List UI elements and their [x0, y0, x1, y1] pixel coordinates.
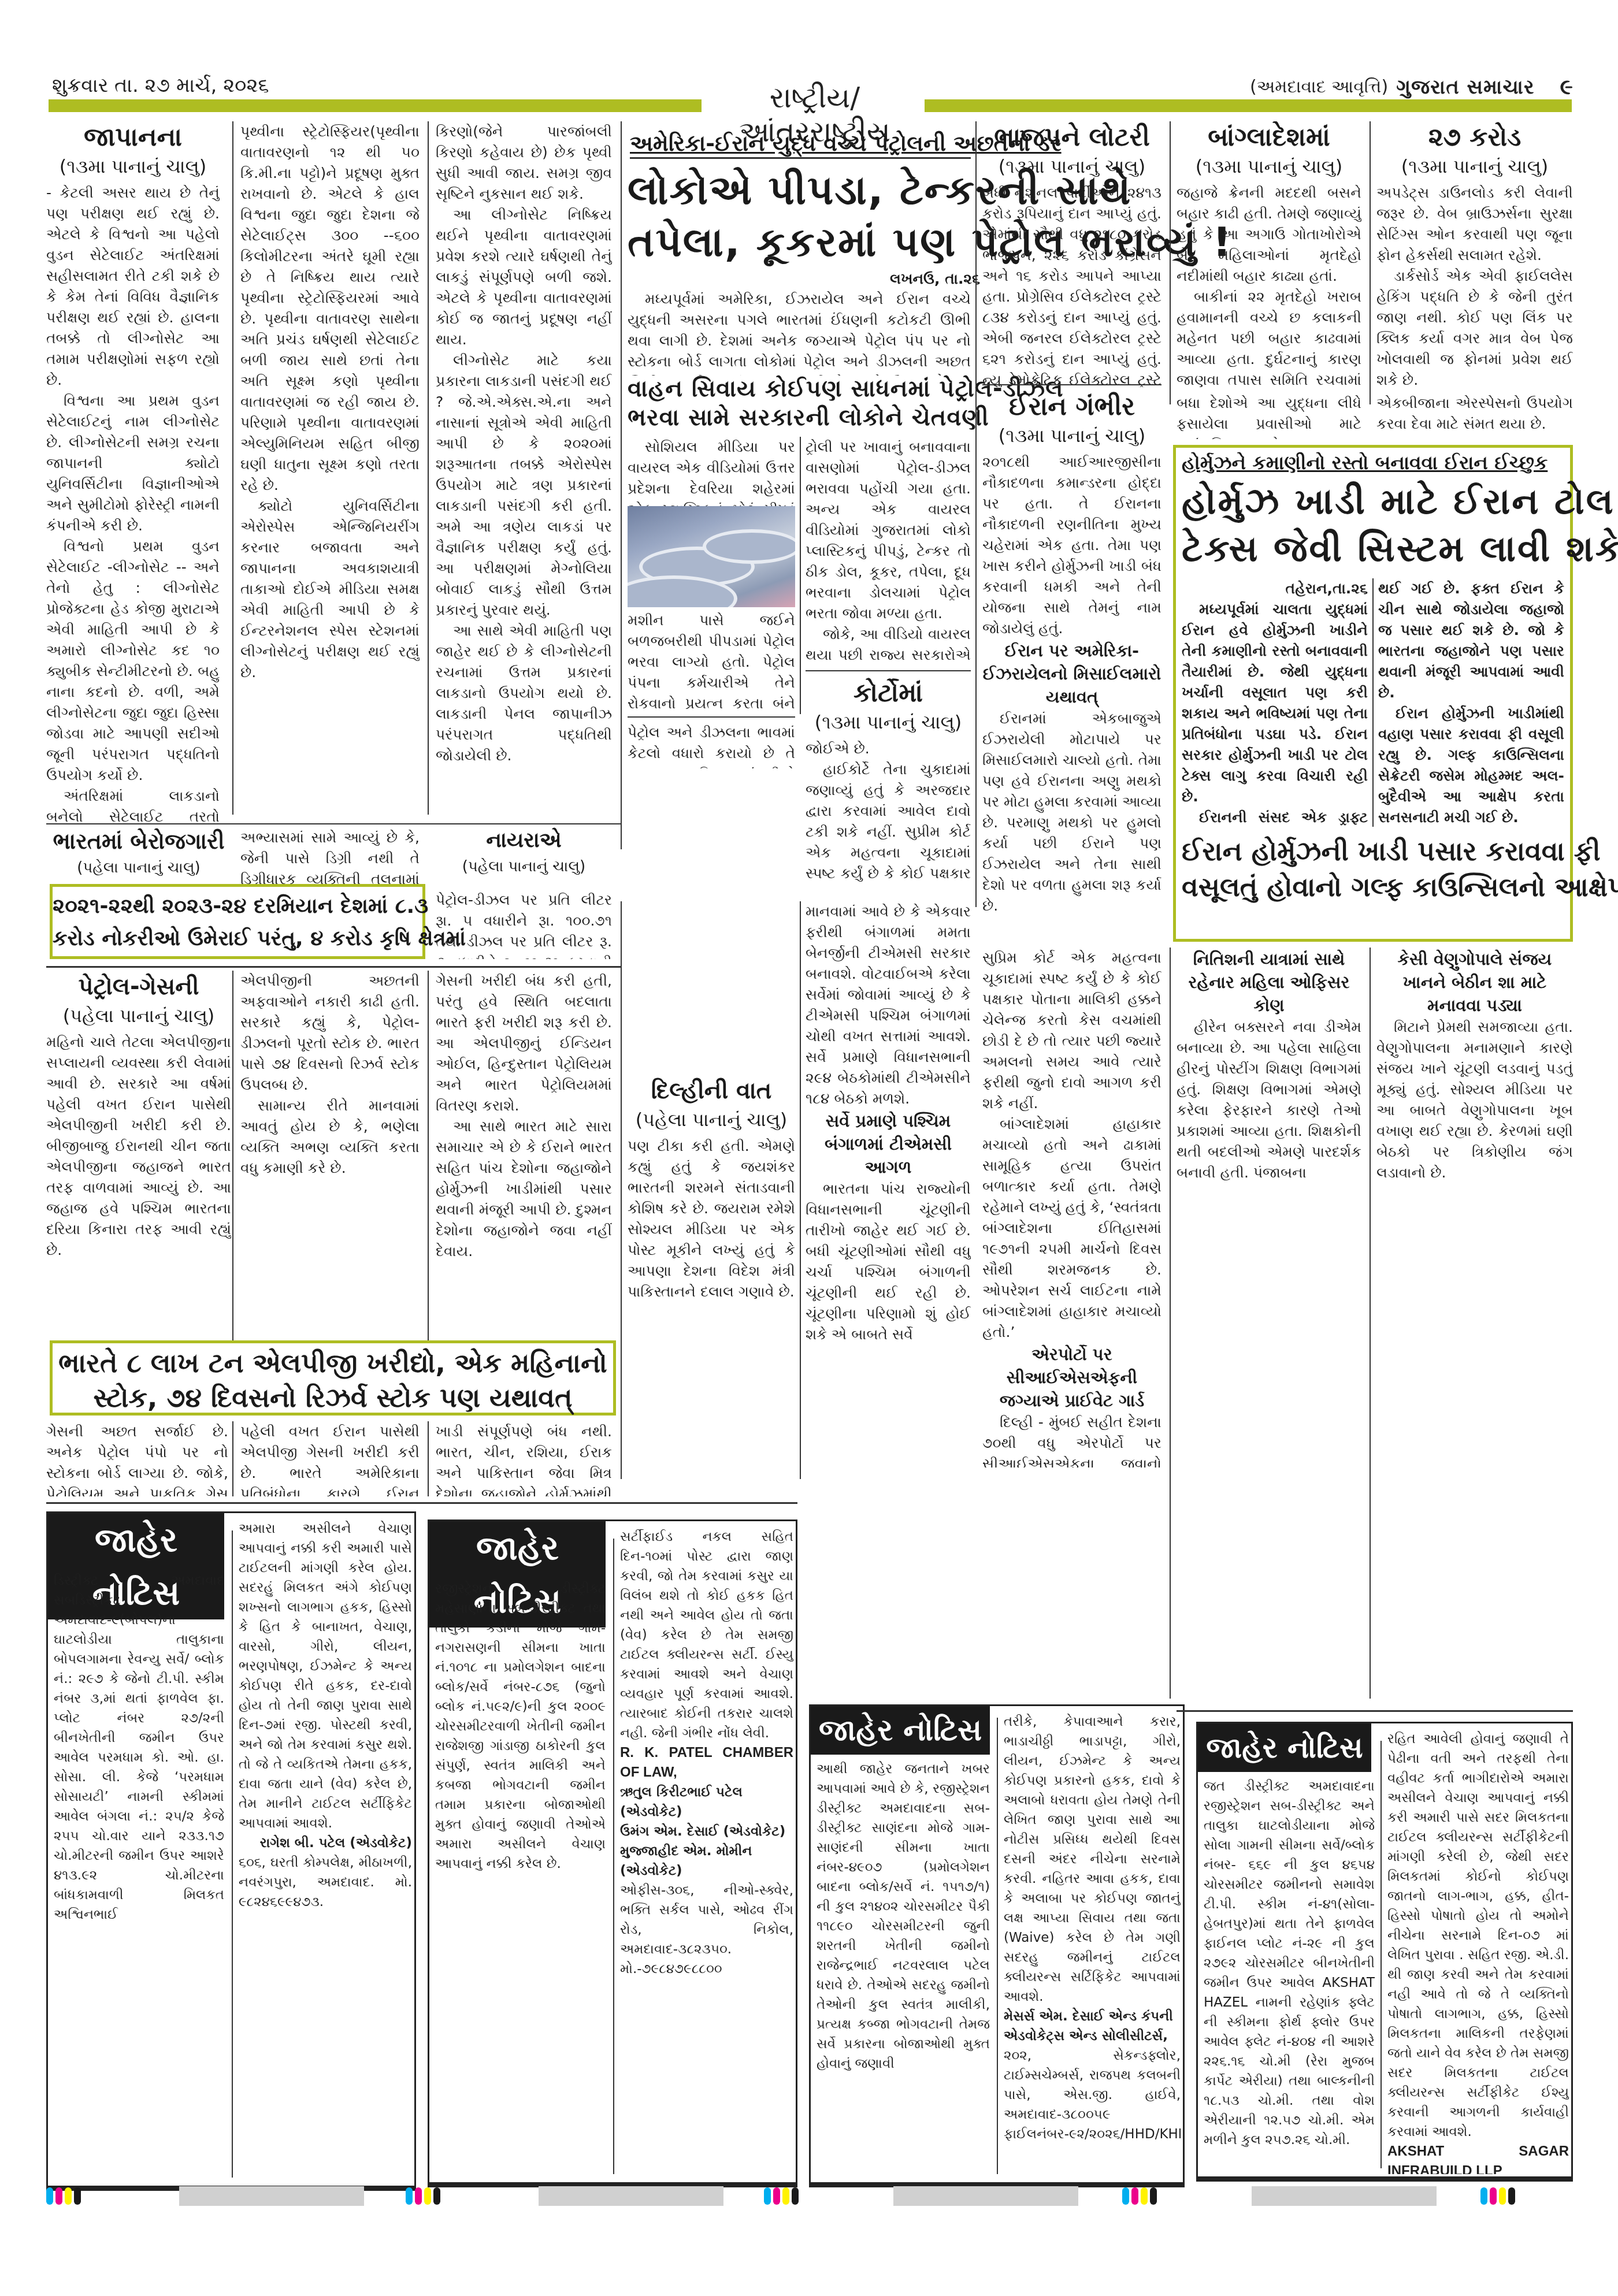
article-title: ભાજપને લોટરી [982, 121, 1161, 154]
notice-signature: ઉમંગ એમ. દેસાઈ (એડવોકેટ) [620, 1822, 793, 1841]
column-divider [232, 971, 233, 1340]
article-subhead: એરપોર્ટો પર સીઆઈએસએફની જગ્યાએ પ્રાઈવેટ ગ… [982, 1343, 1161, 1412]
hormuz-headline-2: ટેક્સ જેવી સિસ્ટમ લાવી શકે [1182, 525, 1618, 573]
notice-title: જાહેર નોટિસ [811, 1706, 990, 1755]
gray-bar [1252, 2186, 1437, 2206]
public-notice-1: જાહેર નોટિસ ડિસ્ટ્રીક્ટ અમદાવાદ સબડિસ્ટ્… [46, 1511, 416, 2187]
magenta-mark [1131, 2187, 1138, 2205]
jobs-headline-2: કરોડ નોકરીઓ ઉમેરાઈ પરંતુ, ૪ કરોડ કૃષિ ક્… [53, 923, 422, 955]
lead-subhead-2: ભરવા સામે સરકારની લોકોને ચેતવણી [628, 404, 989, 431]
petrol-gas-cont: એલપીજીની અછતની અફવાઓને નકારી કાઢી હતી. સ… [240, 971, 420, 1340]
article-paragraph: એકબીજાના એરસ્પેસનો ઉપયોગ કરવા દેવા માટે … [1376, 393, 1573, 434]
notice-signature: મુજ્જાહીદ એમ. મોમીન (એડવોકેટ) [620, 1841, 793, 1881]
lead-col-a2: મશીન પાસે જઈને બળજબરીથી પીપડામાં પેટ્રોલ… [628, 610, 795, 714]
article-paragraph: પૃથ્વીના સ્ટ્રેટોસ્ફિયર(પૃથ્વીના વાતાવરણ… [240, 121, 420, 496]
magenta-mark [55, 2187, 62, 2205]
section-divider [46, 823, 621, 824]
black-mark [792, 2187, 799, 2205]
notice-firm: AKSHAT SAGAR INFRABUILD LLP [1387, 2142, 1569, 2174]
article-petrol-gas: પેટ્રોલ-ગેસની (પહેલા પાનાનું ચાલુ) મહિનો… [46, 971, 231, 1340]
notice-paragraph: આથી જાહેર જનતાને ખબર આપવામાં આવે છે કે, … [817, 1759, 990, 2074]
continued-label: (૧૩મા પાનાનું ચાલુ) [982, 423, 1161, 448]
continued-label: (પહેલા પાનાનું ચાલુ) [46, 1003, 231, 1028]
jobs-headline-box: ૨૦૨૧-૨૨થી ૨૦૨૩-૨૪ દરમિયાન દેશમાં ૮.૩ કરો… [50, 884, 425, 959]
article-paragraph: ઈરાન હોર્મુઝની ખાડીમાંથી વહાણ પસાર કરાવવ… [1378, 703, 1564, 827]
lpg-after-2: પહેલી વખત ઈરાન પાસેથી એલપીજી ગેસની ખરીદી… [240, 1421, 420, 1496]
article-paragraph: વિશ્વના આ પ્રથમ વુડન સેટેલાઈટનું નામ લીગ… [46, 391, 220, 536]
article-title: કોર્ટોમાં [806, 677, 971, 709]
delhi-col5: કેસી વેણુગોપાલે સંજય ખાનને બેઠીન શા માટે… [1376, 948, 1573, 1699]
article-paragraph: એલપીજીની અછતની અફવાઓને નકારી કાઢી હતી. સ… [240, 971, 420, 1095]
article-paragraph: ઈરાનની સંસદ એક ડ્રાફ્ટ બિલ તૈયાર કરી રહી… [1182, 807, 1368, 827]
black-mark [433, 2187, 440, 2205]
delhi-col2: માનવામાં આવે છે કે એકવાર ફરીથી બંગાળમાં … [806, 901, 971, 1398]
notice-paragraph: તરીકે, કેપાવાઆને કરાર, ભાડાચીઠ્ઠી ભાડાપટ… [1004, 1712, 1181, 2007]
article-paragraph: આ સાથે ભારત માટે સારા સમાચાર એ છે કે ઈરા… [436, 1116, 612, 1262]
masthead: શુક્રવાર તા. ૨૭ માર્ચ, ૨૦૨૬ રાષ્ટ્રીય/આં… [46, 0, 1573, 116]
section-divider [806, 670, 971, 671]
photo-bowl [703, 529, 795, 564]
article-paragraph: જોઈએ છે. [806, 738, 971, 759]
column-divider [621, 121, 622, 849]
article-paragraph: હીરેન બક્સરને નવા ડીએમ બનાવ્યા છે. આ પહે… [1177, 1017, 1361, 1183]
article-paragraph: પેટ્રોલ અને ડીઝલના ભાવમાં કેટલો વધારો કર… [628, 722, 795, 768]
hormuz-headline2-1: ઈરાન હોર્મુઝની ખાડી પસાર કરાવવા ફી [1182, 834, 1601, 868]
delhi-col4: નિતિશની યાત્રામાં સાથે રહેનાર મહિલા ઓફિસ… [1177, 948, 1361, 1699]
lead-dateline: લખનઉ, તા.૨૬ [890, 270, 980, 288]
news-photo-petrol-vessels [628, 506, 795, 607]
notice-body: જત ડીસ્ટ્રીક્ટ અમદાવાદના રજીસ્ટ્રેશન સબ-… [1204, 1777, 1375, 2175]
article-japan-cont: પૃથ્વીના સ્ટ્રેટોસ્ફિયર(પૃથ્વીના વાતાવરણ… [240, 121, 420, 815]
article-paragraph: પહેલી વખત ઈરાન પાસેથી એલપીજી ગેસની ખરીદી… [240, 1421, 420, 1496]
column-divider [428, 121, 429, 815]
continued-label: (૧૩મા પાનાનું ચાલુ) [1376, 154, 1573, 179]
nayara-body: પેટ્રોલ-ડીઝલ પર પ્રતિ લીટર રૂા. ૫ વધારીન… [436, 890, 612, 959]
column-divider [1372, 578, 1374, 827]
section-bar-left [49, 99, 702, 112]
column-divider [800, 437, 801, 714]
article-paragraph: માનવામાં આવે છે કે એકવાર ફરીથી બંગાળમાં … [806, 901, 971, 1109]
article-paragraph: સોશિયલ મીડિયા પર વાયરલ એક વીડિયોમાં ઉત્ત… [628, 437, 795, 506]
column-divider [613, 1539, 614, 2174]
notice-body-2: રહિત આવેલી હોવાનું જણાવી તે પેઢીના વતી અ… [1387, 1729, 1569, 2174]
lead-col-a: સોશિયલ મીડિયા પર વાયરલ એક વીડિયોમાં ઉત્ત… [628, 437, 795, 506]
article-subhead: કેસી વેણુગોપાલે સંજય ખાનને બેઠીન શા માટે… [1376, 948, 1573, 1017]
lpg-after-3: ખાડી સંપૂર્ણપણે બંધ નથી. ભારત, ચીન, રશિય… [436, 1421, 612, 1496]
article-paragraph: સામાન્ય રીતે માનવામાં આવતું હોય છે કે, ભ… [240, 1095, 420, 1179]
column-divider [232, 1530, 233, 2178]
notice-body-2: અમારા અસીલને વેચાણ આપવાનું નક્કી કરી અમા… [239, 1519, 412, 2183]
article-paragraph: અભ્યાસમાં સામે આવ્યું છે કે, જેની પાસે ડ… [240, 827, 420, 891]
notice-body: રજીસ્ટ્રેશન ડીસ્ટ્રીક્ટ મહેસાણાના સબ-ડીસ… [435, 1579, 606, 2180]
newspaper-brand: ગુજરાત સમાચાર [1396, 76, 1534, 99]
column-divider [1170, 121, 1171, 404]
article-paragraph: અંતરિક્ષમાં લાકડાનો બનેલો સેટેલાઈટ તરતો … [46, 786, 220, 826]
unemployment-cont: અભ્યાસમાં સામે આવ્યું છે કે, જેની પાસે ડ… [240, 827, 420, 891]
article-iran-gambhir: ઈરાન ગંભીર (૧૩મા પાનાનું ચાલુ) ૨૦૧૮થી આઈ… [982, 391, 1161, 911]
page-number: ૯ [1560, 74, 1574, 100]
continued-label: (પહેલા પાનાનું ચાલુ) [436, 854, 612, 879]
masthead-right: (અમદાવાદ આવૃત્તિ) ગુજરાત સમાચાર ૯ [1250, 74, 1573, 100]
article-paragraph: ડાર્કસોર્ડ એક એવી ફાઈલલેસ હેકિંગ પદ્ધતિ … [1376, 266, 1573, 391]
article-japan: જાપાનના (૧૩મા પાનાનું ચાલુ) - કેટલી અસર … [46, 121, 220, 826]
notice-signature: રાગેશ બી. પટેલ (એડવોકેટ) [239, 1833, 412, 1853]
article-paragraph: મધ્યપૂર્વમાં ચાલતા યુદ્ધમાં ઈરાન હવે હોર… [1182, 599, 1368, 807]
section-divider [628, 716, 795, 718]
edition-label: (અમદાવાદ આવૃત્તિ) [1250, 77, 1388, 97]
article-unemployment: ભારતમાં બેરોજગારી (પહેલા પાનાનું ચાલુ) [46, 827, 231, 891]
article-paragraph: હાઈકોર્ટે તેના ચુકાદામાં જણાવ્યું હતું ક… [806, 759, 971, 885]
cyan-mark [1122, 2187, 1129, 2205]
cyan-mark [46, 2187, 53, 2205]
column-divider [1370, 948, 1371, 1699]
article-paragraph: ખાડી સંપૂર્ણપણે બંધ નથી. ભારત, ચીન, રશિય… [436, 1421, 612, 1496]
hormuz-headline2-2: વસૂલતું હોવાનો ગલ્ફ કાઉન્સિલનો આક્ષેપ [1182, 870, 1618, 904]
article-paragraph: જોકે, આ વીડિયો વાયરલ થયા પછી રાજ્ય સરકાર… [806, 624, 971, 668]
article-nayara-head: નાયરાએ (પહેલા પાનાનું ચાલુ) [436, 827, 612, 891]
column-divider [975, 121, 977, 907]
article-paragraph: કિરણો(જેને પારજાંબલી કિરણો કહેવાય છે) છે… [436, 121, 612, 205]
article-subhead: ઈરાન પર અમેરિકા-ઈઝરાયેલનો મિસાઈલમારો યથા… [982, 639, 1161, 708]
cyan-mark [406, 2187, 413, 2205]
notice-address: ઓફીસ-૩૦૬, નીઓ-સ્ક્વેર, ભક્તિ સર્કલ પાસે,… [620, 1881, 793, 1979]
yellow-mark [782, 2187, 789, 2205]
black-mark [74, 2187, 81, 2205]
notice-body: આથી જાહેર જનતાને ખબર આપવામાં આવે છે કે, … [817, 1759, 990, 2181]
hormuz-dateline: તહેરાન,તા.૨૬ [1182, 578, 1368, 599]
article-paragraph: પેટ્રોલ-ડીઝલ પર પ્રતિ લીટર રૂા. ૫ વધારીન… [436, 890, 612, 959]
continued-label: (૧૩મા પાનાનું ચાલુ) [1177, 154, 1361, 179]
article-paragraph: બાકીનાં ૨૨ મૃતદેહો ખરાબ હવામાનની વચ્ચે છ… [1177, 287, 1361, 393]
hormuz-headline-1: હોર્મુઝ ખાડી માટે ઈરાન ટોલ [1182, 478, 1615, 525]
article-27-crore: ૨૭ કરોડ (૧૩મા પાનાનું ચાલુ) અપડેટ્સ ડાઉન… [1376, 121, 1573, 393]
public-notice-3: જાહેર નોટિસ આથી જાહેર જનતાને ખબર આપવામાં… [809, 1704, 1185, 2184]
article-paragraph: આ લીગ્નોસેટ નિષ્ક્રિય થઈને પૃથ્વીના વાતા… [436, 205, 612, 350]
article-paragraph: લીગ્નોસેટ માટે કયા પ્રકારના લાકડાની પસંદ… [436, 350, 612, 621]
article-paragraph: પણ ટીકા કરી હતી. એમણે કહ્યું હતું કે જયશ… [628, 1136, 795, 1302]
article-paragraph: સુપ્રિમ કોર્ટ એક મહત્વના ચૂકાદામાં સ્પષ્… [982, 948, 1161, 1114]
jobs-headline-1: ૨૦૨૧-૨૨થી ૨૦૨૩-૨૪ દરમિયાન દેશમાં ૮.૩ [53, 890, 422, 923]
magenta-mark [1490, 2187, 1497, 2205]
article-title: ભારતમાં બેરોજગારી [46, 827, 231, 855]
column-divider [800, 901, 801, 1479]
notice-paragraph: અમારા અસીલને વેચાણ આપવાનું નક્કી કરી અમા… [239, 1519, 412, 1833]
article-courts: કોર્ટોમાં (૧૩મા પાનાનું ચાલુ) જોઈએ છે. હ… [806, 677, 971, 885]
notice-signature: મેસર્સ એમ. દેસાઈ એન્ડ કંપની એડવોકેટ્સ એન… [1004, 2007, 1181, 2046]
lead-intro: મધ્યપૂર્વમાં અમેરિકા, ઈઝરાયેલ અને ઈરાન વ… [628, 289, 971, 376]
gulf-top-left: બધા દેશોએ આ યુદ્ધના લીધે ફસાયેલા પ્રવાસી… [1177, 393, 1361, 439]
article-paragraph: ભારતના પાંચ રાજ્યોની વિધાનસભાની ચૂંટણીની… [806, 1179, 971, 1345]
article-paragraph: મિટાને પ્રેમથી સમજાવ્યા હતા. વેણુગોપાલના… [1376, 1017, 1573, 1183]
yellow-mark [1499, 2187, 1506, 2205]
article-paragraph: ગેસની અછત સર્જાઈ છે. અનેક પેટ્રોલ પંપો પ… [46, 1421, 228, 1496]
gray-bar [179, 2186, 364, 2206]
lpg-after-1: ગેસની અછત સર્જાઈ છે. અનેક પેટ્રોલ પંપો પ… [46, 1421, 228, 1496]
gulf-top-right: એકબીજાના એરસ્પેસનો ઉપયોગ કરવા દેવા માટે … [1376, 393, 1573, 439]
newspaper-page: શુક્રવાર તા. ૨૭ માર્ચ, ૨૦૨૬ રાષ્ટ્રીય/આં… [46, 0, 1573, 2296]
article-paragraph: આ સાથે એવી માહિતી પણ જાહેર થઈ છે કે લીગ્… [436, 621, 612, 766]
column-divider [232, 1421, 233, 1496]
lead-tail: પેટ્રોલ અને ડીઝલના ભાવમાં કેટલો વધારો કર… [628, 722, 795, 768]
notice-address: ૬૦૬, ઘરતી કોમ્પલેક્ષ, મીઠાખળી, નવરંગપુરા… [239, 1853, 412, 1912]
article-title: ૨૭ કરોડ [1376, 121, 1573, 154]
continued-label: (પહેલા પાનાનું ચાલુ) [46, 855, 231, 880]
section-bar-right [925, 99, 1572, 112]
kicker-underline [630, 157, 971, 159]
section-divider [46, 1502, 797, 1504]
article-title: બાંગ્લાદેશમાં [1177, 121, 1361, 154]
article-paragraph: જહાજે ક્રેનની મદદથી બસને બહાર કાઢી હતી. … [1177, 183, 1361, 287]
article-paragraph: બાંગ્લાદેશમાં હાહાકાર મચાવ્યો હતો અને ઢા… [982, 1114, 1161, 1343]
article-japan-cont2: કિરણો(જેને પારજાંબલી કિરણો કહેવાય છે) છે… [436, 121, 612, 815]
petrol-gas-cont2: ગેસની ખરીદી બંધ કરી હતી, પરંતુ હવે સ્થિત… [436, 971, 612, 1340]
hormuz-story-box: હોર્મુઝને કમાણીનો રસ્તો બનાવવા ઈરાન ઈચ્છ… [1173, 445, 1573, 942]
article-paragraph: ગેસની ખરીદી બંધ કરી હતી, પરંતુ હવે સ્થિત… [436, 971, 612, 1116]
continued-label: (૧૩મા પાનાનું ચાલુ) [806, 709, 971, 735]
article-title: પેટ્રોલ-ગેસની [46, 971, 231, 1003]
magenta-mark [773, 2187, 780, 2205]
article-paragraph: ટ્રોલી પર ખાવાનું બનાવવાના વાસણોમાં પેટ્… [806, 437, 971, 624]
gray-bar [539, 2186, 723, 2206]
notice-firm: R. K. PATEL CHAMBER OF LAW, [620, 1743, 793, 1782]
column-divider [428, 1421, 429, 1496]
section-divider [1177, 1710, 1573, 1712]
notice-body: ડિસ્ટ્રીક્ટ અમદાવાદ સબડિસ્ટ્રીકટ અમદાવાદ… [54, 1571, 224, 2183]
issue-date: શુક્રવાર તા. ૨૭ માર્ચ, ૨૦૨૬ [52, 74, 269, 97]
article-lottery: ભાજપને લોટરી (૧૩મા પાનાનું ચાલુ) બધી નેશ… [982, 121, 1161, 387]
notice-signature: ઋતુલ કિરીટભાઈ પટેલ (એડવોકેટ) [620, 1782, 793, 1822]
column-divider [1370, 121, 1371, 404]
delhi-col3: સુપ્રિમ કોર્ટ એક મહત્વના ચૂકાદામાં સ્પષ્… [982, 948, 1161, 1467]
article-title: નાયરાએ [436, 827, 612, 854]
article-delhi: દિલ્હીની વાત (પહેલા પાનાનું ચાલુ) પણ ટીક… [628, 1075, 795, 1364]
notice-paragraph: ડિસ્ટ્રીક્ટ અમદાવાદ સબડિસ્ટ્રીકટ અમદાવાદ… [54, 1571, 224, 1925]
article-paragraph: વિશ્વનો પ્રથમ વુડન સેટેલાઈટ -લીગ્નોસેટ -… [46, 536, 220, 786]
notice-paragraph: રહિત આવેલી હોવાનું જણાવી તે પેઢીના વતી અ… [1387, 1729, 1569, 2142]
yellow-mark [424, 2187, 431, 2205]
article-subhead: નિતિશની યાત્રામાં સાથે રહેનાર મહિલા ઓફિસ… [1177, 948, 1361, 1017]
hormuz-kicker: હોર્મુઝને કમાણીનો રસ્તો બનાવવા ઈરાન ઈચ્છ… [1182, 451, 1548, 474]
hormuz-col-a: તહેરાન,તા.૨૬ મધ્યપૂર્વમાં ચાલતા યુદ્ધમાં… [1182, 578, 1368, 827]
article-paragraph: - કેટલી અસર થાય છે તેનું પણ પરીક્ષણ થઈ ર… [46, 183, 220, 391]
article-paragraph: મશીન પાસે જઈને બળજબરીથી પીપડામાં પેટ્રોલ… [628, 610, 795, 714]
cyan-mark [1480, 2187, 1487, 2205]
column-divider [997, 1718, 998, 2174]
article-bangladesh: બાંગ્લાદેશમાં (૧૩મા પાનાનું ચાલુ) જહાજે … [1177, 121, 1361, 393]
public-notice-2: જાહેર નોટિસ રજીસ્ટ્રેશન ડીસ્ટ્રીક્ટ મહેસ… [428, 1519, 797, 2184]
notice-body-2: તરીકે, કેપાવાઆને કરાર, ભાડાચીઠ્ઠી ભાડાપટ… [1004, 1712, 1181, 2180]
notice-title: જાહેર નોટિસ [1198, 1723, 1371, 1772]
column-divider [1170, 948, 1171, 1699]
printer-registration-marks [46, 2185, 1573, 2208]
lead-col-b: ટ્રોલી પર ખાવાનું બનાવવાના વાસણોમાં પેટ્… [806, 437, 971, 668]
article-paragraph: બધી નેશનલ પાર્ટીઓને ૨૪૧૩ કરોડ રૂપિયાનું … [982, 183, 1161, 387]
column-divider [1381, 1741, 1382, 2168]
black-mark [1508, 2187, 1515, 2205]
hormuz-col-b: થઈ ગઈ છે. ફક્ત ઈરાન કે ચીન સાથે જોડાયેલા… [1378, 578, 1564, 827]
article-title: જાપાનના [46, 121, 220, 154]
article-paragraph: અપડેટ્સ ડાઉનલોડ કરી લેવાની જરૂર છે. વેબ … [1376, 183, 1573, 266]
yellow-mark [1141, 2187, 1148, 2205]
article-paragraph: મધ્યપૂર્વમાં અમેરિકા, ઈઝરાયેલ અને ઈરાન વ… [628, 289, 971, 376]
article-paragraph: ૨૦૧૮થી આઈઆરજીસીના નૌકાદળના કમાન્ડરના હોદ… [982, 452, 1161, 639]
column-divider [232, 121, 233, 815]
article-paragraph: ક્યોટો યુનિવર્સિટીના એરોસ્પેસ એન્જિનિયરી… [240, 496, 420, 683]
article-paragraph: બધા દેશોએ આ યુદ્ધના લીધે ફસાયેલા પ્રવાસી… [1177, 393, 1361, 439]
yellow-mark [65, 2187, 72, 2205]
article-title: ઈરાન ગંભીર [982, 391, 1161, 423]
notice-address: ૨૦૨, સેકન્ડફ્લોર, ટાઈમ્સચેમ્બર્સ, રાજપથ … [1004, 2046, 1181, 2144]
notice-paragraph: રજીસ્ટ્રેશન ડીસ્ટ્રીક્ટ મહેસાણાના સબ-ડીસ… [435, 1579, 606, 1874]
article-paragraph: થઈ ગઈ છે. ફક્ત ઈરાન કે ચીન સાથે જોડાયેલા… [1378, 578, 1564, 703]
article-title: દિલ્હીની વાત [628, 1075, 795, 1107]
section-divider [46, 966, 621, 968]
lead-kicker: અમેરિકા-ઈરાન યુદ્ધ વચ્ચે પેટ્રોલની અછતનો… [630, 131, 861, 157]
continued-label: (પહેલા પાનાનું ચાલુ) [628, 1107, 795, 1132]
article-paragraph: દિલ્હી - મુંબઈ સહીત દેશના ૭૦થી વધુ એરપોર… [982, 1412, 1161, 1467]
continued-label: (૧૩મા પાનાનું ચાલુ) [46, 154, 220, 179]
lpg-headline-box: ભારતે ૮ લાખ ટન એલપીજી ખરીદ્યો, એક મહિનાન… [50, 1340, 616, 1416]
continued-label: (૧૩મા પાનાનું ચાલુ) [982, 154, 1161, 179]
article-subhead: સર્વે પ્રમાણે પશ્ચિમ બંગાળમાં ટીએમસી આગળ [806, 1109, 971, 1179]
magenta-mark [415, 2187, 422, 2205]
gray-bar [893, 2186, 1078, 2206]
cyan-mark [764, 2187, 771, 2205]
section-divider [982, 384, 1161, 385]
lpg-headline-2: સ્ટોક, ૭૪ દિવસનો રિઝર્વ સ્ટોક પણ યથાવત્ [53, 1380, 613, 1415]
notice-paragraph: જત ડીસ્ટ્રીક્ટ અમદાવાદના રજીસ્ટ્રેશન સબ-… [1204, 1777, 1375, 2150]
black-mark [1150, 2187, 1157, 2205]
column-divider [428, 971, 429, 1340]
notice-paragraph: સર્ટીફાઈડ નકલ સહિત દિન-૧૦માં પોસ્ટ દ્વાર… [620, 1527, 793, 1743]
column-divider [621, 901, 622, 1479]
lpg-headline-1: ભારતે ૮ લાખ ટન એલપીજી ખરીદ્યો, એક મહિનાન… [53, 1346, 613, 1380]
notice-body-2: સર્ટીફાઈડ નકલ સહિત દિન-૧૦માં પોસ્ટ દ્વાર… [620, 1527, 793, 2180]
public-notice-4: જાહેર નોટિસ જત ડીસ્ટ્રીક્ટ અમદાવાદના રજી… [1196, 1722, 1573, 2178]
article-paragraph: મહિનો ચાલે તેટલા એલપીજીના સપ્લાયની વ્યવસ… [46, 1032, 231, 1261]
article-paragraph: ઈરાનમાં એકબાજુએ ઈઝરાયેલી મોટાપાયે પર મિસ… [982, 708, 1161, 911]
